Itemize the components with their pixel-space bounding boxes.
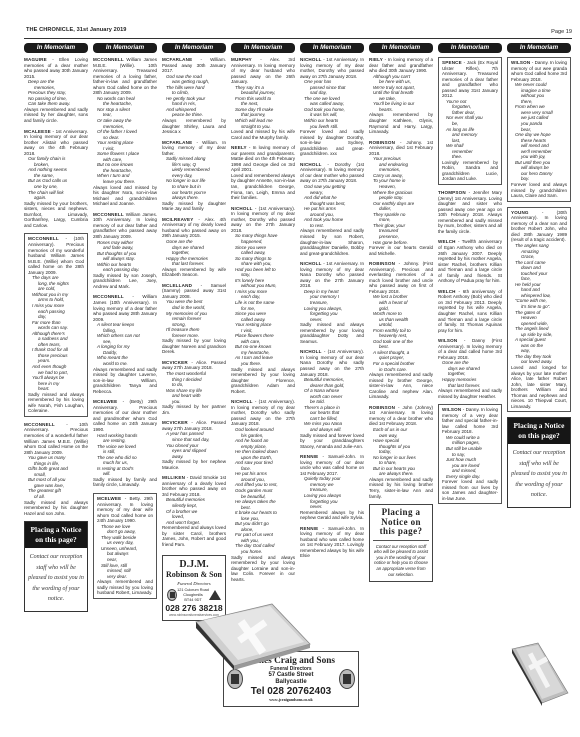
verse: The most wonderfulthing I decidedto do,W… [162, 371, 226, 404]
memoriam-notice: MAGUIRE - Ellen Loving memories of a dea… [24, 57, 88, 124]
verse: You gave us manythings in life,Gifts bot… [24, 455, 88, 499]
deceased-name: WELCH [438, 289, 456, 294]
memoriam-notice: NICHOLL - (1st Anniversary). In loving m… [231, 206, 295, 395]
deceased-name: MCCONNELL [93, 212, 124, 217]
verse: Beautiful memoriessilently kept,Of a bro… [162, 497, 226, 525]
deceased-name: SPENCE [442, 60, 462, 65]
verse: Your preciousand endearingmemories,Carry… [369, 156, 433, 245]
verse: You were the bestdad in the world,My mem… [162, 299, 226, 338]
verse: One year haspassed since thatsad day,The… [300, 79, 364, 129]
notice-closing: Always remembered and sadly missed by he… [24, 107, 88, 124]
notice-closing: Remembered and always loved by sister Ca… [162, 525, 226, 547]
section-banner: In Memoriam [162, 43, 226, 53]
placing-notice-box: Placing a Notice on this page? Contact o… [24, 521, 88, 612]
verse: Deep are thememories,Precious they stay,… [24, 79, 88, 107]
notice-text: - (10th Anniversary). Precious memories … [28, 236, 84, 274]
notice-closing: Sadly missed by your brothers, sisters, … [24, 201, 88, 229]
notice-closing: Always loved and missed by his daughter … [93, 185, 157, 207]
verse: We lost a brotherwith a heart ofgold,Wor… [369, 294, 433, 372]
placing-notice-body: Contact our reception staff who will be … [25, 548, 87, 611]
heraldic-crest-icon [167, 589, 177, 601]
memoriam-notice: WILSON - Danny. In loving memory of a ve… [438, 404, 502, 504]
publication-title: THE CHRONICLE, 31st January 2019 [26, 27, 127, 33]
placing-notice-heading: Placing a Notice on this page? [508, 418, 570, 444]
verse: We could write amillion pages,But still … [442, 435, 498, 479]
deceased-name: MCVICKER [162, 420, 188, 425]
notice-closing: Loved and longed for always by your late… [511, 365, 567, 409]
placing-notice-box: Placing a Notice on this page? Contact o… [507, 417, 571, 508]
verse: No words can healthe heartache,Nor stop … [93, 96, 157, 185]
notice-text: - (Betty) 29th Anniversary. Precious mem… [93, 399, 157, 432]
memoriam-notice: ROBINSON - John (Johnny) 1st Anniversary… [369, 405, 433, 499]
memoriam-notice: MURPHY - Alex. 3rd Anniversary. In lovin… [231, 57, 295, 140]
memoriam-notice: NICHOLL - Dorothy (1st Anniversary). In … [300, 162, 364, 256]
deceased-name: MAGUIRE [24, 57, 47, 62]
deceased-name: NICHOLL [300, 162, 322, 167]
deceased-name: NICHOLL [300, 349, 322, 354]
notice-closing: Always remembered and sadly missed by so… [300, 228, 364, 256]
memoriam-notice: MCCONNELL William James. 10th Anniversar… [93, 212, 157, 290]
verse: Roses may witherand fade away,But though… [93, 240, 157, 273]
column-2: In MemoriamMCCONNELL William James M.B.E… [93, 43, 157, 621]
memoriam-notice: ROBINSON - Johnny. (First Anniversary). … [369, 261, 433, 400]
memoriam-notice: YOUNG - (30th Anniversary). In loving me… [507, 207, 571, 413]
notice-closing: Sadly missed and always remembered by yo… [300, 322, 364, 344]
placing-notice-heading: Placing a Notice on this page? [373, 508, 429, 541]
deceased-name: MCFARLANE [162, 57, 192, 62]
shield-badge-icon [339, 669, 355, 689]
memoriam-notice: MILLIKEN - David Smokie 1st anniversary … [162, 475, 226, 547]
verse: The angles sangAmazingGrace,The Lord cam… [511, 243, 567, 365]
deceased-name: MCCONNELL [28, 236, 59, 241]
deceased-name: MCVICKER [162, 360, 188, 365]
notice-closing: Lovingly remembered by Robin, Sandra and… [442, 160, 498, 182]
verse: Sadly missed alonglife's way, Quietly re… [162, 156, 226, 200]
notice-closing: Sadly missed by family and family circle… [93, 477, 157, 488]
memoriam-notice: MCALEESE - 1st Anniversary. In loving me… [24, 129, 88, 229]
notice-text: William James M.B.E. (Willie). 10th Anni… [93, 57, 157, 95]
memoriam-notice: RENNIE - Samuel-John. In loving memory o… [300, 526, 364, 559]
verse: A silent tear keepsfalling,Which others … [93, 322, 157, 366]
memoriam-notice: MCVICKER - Alice. Passed away 27th Janua… [162, 360, 226, 415]
placing-notice-box: Placing a Notice on this page? Contact o… [369, 504, 433, 582]
notice-closing: Forever loved and sadly missed by daught… [300, 129, 364, 157]
deceased-name: WELCH [438, 239, 456, 244]
deceased-name: NICHOLL [300, 261, 322, 266]
section-banner: In Memoriam [369, 43, 433, 53]
verse: Hard working handsare resting,The voice … [93, 433, 157, 477]
memoriam-notice: NICHOLL - 1st Anniversary. In loving mem… [300, 261, 364, 344]
notice-closing: Loved and remembered always by daughter … [231, 173, 295, 201]
notice-closing: Sadly missed and always remembered by hi… [28, 392, 84, 414]
memoriam-notice: THOMPSON - Jennifer Mary (Jenny) 1st Ann… [438, 190, 502, 234]
deceased-name: MCCONNELL [24, 422, 55, 427]
memoriam-notice: RENNIE - Samuel-John. In loving memory o… [300, 454, 364, 521]
memoriam-notice: MCILREAVEY - Alex. 4th Anniversary of my… [162, 217, 226, 278]
deceased-name: MCCONNELL [93, 57, 124, 62]
memoriam-notice: NICHOLL - (1st Anniversary). In loving m… [231, 399, 295, 582]
verse: Quietly today yourmemory wetreasure,Lovi… [300, 476, 364, 509]
notice-closing: Always remembered and sadly missed by da… [93, 367, 157, 395]
memoriam-notice: WILSON - Danny. In loving memory of our … [507, 57, 571, 202]
notice-closing: Always remembered and sadly missed by br… [369, 372, 433, 400]
ad-street: 57 Castle Street [243, 672, 339, 679]
notice-text: - 10th Anniversary. Precious memories of… [24, 422, 88, 455]
deceased-name: RENNIE [300, 454, 318, 459]
section-banner: In Memoriam [231, 43, 295, 53]
masthead: THE CHRONICLE, 31st January 2019 Page 19 [24, 26, 572, 39]
bible-with-cross-icon [192, 600, 312, 670]
placing-notice-body: Contact our reception staff who will be … [508, 444, 570, 507]
ad-website[interactable]: www.jcraigandsons.co.uk [243, 697, 339, 702]
heraldic-crest-icon [227, 669, 243, 689]
placing-notice-heading: Placing a Notice on this page? [25, 522, 87, 548]
column-7: In MemoriamSPENCE - Jack (Ex Royal Ulste… [438, 43, 502, 621]
memoriam-notice: SPENCE - Jack (Ex Royal Ulster Rifles). … [438, 57, 502, 185]
deceased-name: RIELY [369, 57, 383, 62]
notice-closing: Forever in our hearts Gerald and Michell… [369, 245, 433, 256]
memoriam-notice: WELCH - 6th anniversary of Robert Anthon… [438, 289, 502, 333]
notice-closing: Always remembered and sadly missed by da… [438, 388, 502, 399]
verse: A year has passedsince that sad day,You … [162, 431, 226, 459]
notice-closing: Sadly missed by son Joseph, grandchildre… [93, 273, 157, 290]
deceased-name: YOUNG [511, 210, 529, 215]
verse: God saw the roadwas getting rough,The hi… [162, 74, 226, 118]
memoriam-notice: MCCONNELL - 10th Anniversary. Precious m… [24, 422, 88, 516]
deceased-name: RENNIE [300, 526, 318, 531]
deceased-name: WILSON [442, 407, 461, 412]
memoriam-notice: MCCONNELL - (10th Anniversary). Precious… [24, 233, 88, 417]
deceased-name: ROBINSON [369, 261, 395, 266]
memoriam-notice: NICHOLL - (1st Anniversary). In loving m… [300, 349, 364, 449]
ad-town: Ballycastle [243, 679, 339, 686]
memoriam-notice: NEELY - In loving memory of our parents … [231, 145, 295, 200]
ad-line1: D.J.M. [165, 559, 223, 570]
notice-closing: Sadly missed by her partner Jim. [162, 404, 226, 415]
memoriam-notice: MCLELLAND - Samuel (Sammy) passed away 3… [162, 283, 226, 355]
notice-closing: Sadly missed by your loving daughter Nor… [162, 338, 226, 355]
notice-closing: Always remembered and sadly missed by yo… [97, 579, 153, 596]
section-banner: In Memoriam [24, 43, 88, 53]
memoriam-notice: MCCONNELL - William James (10th Annivers… [93, 294, 157, 394]
memoriam-notice: MCVICKER - Alice. Passed away 27th Janua… [162, 420, 226, 470]
verse: Those we lovedon't go away,They walk bes… [97, 524, 153, 579]
notice-text: - Jennifer Mary (Jenny) 1st Anniversary.… [438, 190, 502, 234]
notice-text: - Johnny. (First Anniversary). Precious … [369, 261, 433, 294]
deceased-name: NEELY [231, 145, 247, 150]
deceased-name: MCFARLANE [162, 140, 192, 145]
section-banner: In Memoriam [300, 43, 364, 53]
notice-text: - Samuel-John. In loving memory of my de… [300, 526, 364, 559]
column-5: In MemoriamNICHOLL - 1st Anniversary. In… [300, 43, 364, 621]
notice-text: - Twelfth anniversary of Egan Anthony wh… [438, 239, 502, 283]
verse: Although you can'tbe here with us,We're … [369, 74, 433, 113]
deceased-name: MCELWEE [93, 399, 117, 404]
column-8: In MemoriamWILSON - Danny. In loving mem… [507, 43, 571, 621]
memoriam-notice: MCELWEE - (Betty) 29th Anniversary. Prec… [93, 399, 157, 488]
memoriam-notice: MCELWEE - Betty. 29th Anniversary. In lo… [93, 493, 157, 599]
verse: Gone are thedays we sharedtogether,Happy… [162, 239, 226, 267]
notice-text: - (30th Anniversary). In loving memory o… [511, 210, 567, 243]
section-banner: In Memoriam [93, 43, 157, 53]
verse: The days arelong, the nightsare cold,Wit… [28, 275, 84, 391]
notice-closing: Sadly missed and always remembered by yo… [231, 367, 295, 395]
verse: Beautiful memories,dearer than gold,Of a… [300, 377, 364, 432]
memoriam-notice: MCFARLANE - William. In loving memory of… [162, 140, 226, 212]
notice-closing: Always remembered by wife Elizabeth Seac… [162, 267, 226, 278]
notice-closing: Sadly missed and always remembered by yo… [231, 555, 295, 583]
deceased-name: ROBINSON [369, 405, 395, 410]
column-4: In MemoriamMURPHY - Alex. 3rd Anniversar… [231, 43, 295, 621]
deceased-name: NICHOLL [231, 399, 253, 404]
memoriam-notice: WELCH - Twelfth anniversary of Egan Anth… [438, 239, 502, 283]
deceased-name: WILSON [511, 60, 530, 65]
verse: Deep in my heartyour memory Itreasure,Lo… [300, 289, 364, 322]
notice-closing: Always remembered by daughter Shirley, L… [162, 118, 226, 135]
deceased-name: MURPHY [231, 57, 252, 62]
memoriam-notice: MCFARLANE - William. Passed away 30th Ja… [162, 57, 226, 135]
notice-closing: Forever loved and sadly missed from our … [442, 479, 498, 501]
verse: We never couldimagine a timewithout yout… [511, 82, 567, 182]
ad-line2: Robinson & Son [165, 570, 223, 580]
column-3: In MemoriamMCFARLANE - William. Passed a… [162, 43, 226, 621]
section-banner: In Memoriam [507, 43, 571, 53]
deceased-name: NICHOLL [300, 57, 322, 62]
notice-closing: Sadly missed by daughter Marie Jay and f… [162, 201, 226, 212]
deceased-name: MCLELLAND [162, 283, 192, 288]
notice-closing: Remembered always by his nephew Gerald a… [300, 510, 364, 521]
memoriam-notice: NICHOLL - 1st Anniversary. In loving mem… [300, 57, 364, 157]
page-number: Page 19 [551, 29, 572, 35]
warning-triangle-icon [209, 590, 221, 600]
memoriam-notice: RIELY - In loving memory of a dear fathe… [369, 57, 433, 135]
placing-notice-body: Contact our reception staff who will be … [373, 544, 429, 578]
deceased-name: MCCONNELL [93, 294, 124, 299]
deceased-name: ROBINSON [369, 140, 395, 145]
notice-closing: Sadly missed by her nephew Maurice. [162, 459, 226, 470]
ad-line3: Funeral Directors [165, 580, 223, 587]
notice-closing: Sadly missed and forever loved by your g… [300, 433, 364, 450]
deceased-name: THOMPSON [438, 190, 466, 195]
verse: Gone are thedays we sharedtogether,Happy… [438, 360, 502, 388]
deceased-name: MCILREAVEY [162, 217, 193, 222]
memoriam-notice: ROBINSON - Johnny. 1st Anniversary, died… [369, 140, 433, 256]
notice-text: - 6th anniversary of Robert Anthony (Bob… [438, 289, 502, 333]
column-6: In MemoriamRIELY - In loving memory of a… [369, 43, 433, 621]
memoriam-notice: MCCONNELL William James M.B.E. (Willie).… [93, 57, 157, 207]
deceased-name: MCALEESE [24, 129, 51, 134]
notice-closing: Loved and missed by his wife Carol and t… [231, 129, 295, 140]
deceased-name: NICHOLL [231, 206, 253, 211]
section-banner: In Memoriam [438, 43, 502, 53]
notice-closing: Always remembered by daughter Kathleen, … [369, 112, 433, 134]
verse: They say it's abeautiful journey,From th… [231, 85, 295, 129]
newspaper-page: THE CHRONICLE, 31st January 2019 Page 19… [24, 0, 572, 737]
deceased-name: WILSON [438, 338, 457, 343]
notice-text: - Jack (Ex Royal Ulster Rifles). 7th Ann… [442, 60, 498, 98]
verse: God saw you gettingweary,And did what he… [300, 184, 364, 228]
deceased-name: MILLIKEN [162, 475, 185, 480]
ad-telephone: Tel 028 20762403 [243, 686, 339, 697]
notice-closing: Always remembered and sadly missed by hi… [369, 477, 433, 499]
bible-with-cross-icon [510, 641, 570, 706]
deceased-name: MCELWEE [97, 496, 121, 501]
verse: Each of us in ourown way,Have specialtho… [369, 427, 433, 477]
memoriam-notice: WILSON - Danny (First Anniversary). In l… [438, 338, 502, 399]
verse: So many things havehappened,Since you we… [231, 233, 295, 366]
notice-closing: Sadly missed and always remembered by hi… [24, 500, 88, 517]
verse: God looked aroundhis garden,And he found… [231, 427, 295, 555]
verse: You're notforgotten,father dear,Nor ever… [442, 99, 498, 160]
notice-closing: Forever loved and always missed by grand… [511, 182, 567, 199]
columns: In MemoriamMAGUIRE - Ellen Loving memori… [24, 43, 572, 621]
column-1: In MemoriamMAGUIRE - Ellen Loving memori… [24, 43, 88, 621]
verse: Our family chain isbroken,And nothing se… [24, 156, 88, 200]
